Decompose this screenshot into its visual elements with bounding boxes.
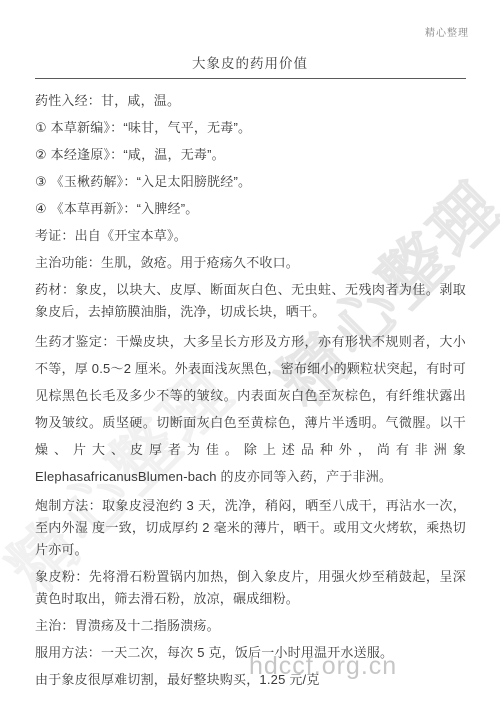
document-page: 精心整理 精心整理 精心整理 大象皮的药用价值 药性入经：甘，咸，温。 ① 本草… <box>0 0 500 707</box>
paragraph-ref-3-yuqiu-yaojie: ③ 《玉楸药解》：“入足太阳膀胱经”。 <box>35 171 466 193</box>
paragraph-indications: 主治：胃溃疡及十二指肠溃疡。 <box>35 615 466 637</box>
paragraph-main-functions: 主治功能：生肌，敛疮。用于疮疡久不收口。 <box>35 252 466 274</box>
paragraph-crude-drug-identification: 生药才鉴定：干燥皮块，大多呈长方形及方形，亦有形状不规则者，大小不等，厚 0.5… <box>35 328 466 490</box>
paragraph-medicinal-meridians: 药性入经：甘，咸，温。 <box>35 90 466 112</box>
paragraph-skin-powder: 象皮粉：先将滑石粉置锅内加热，倒入象皮片，用强火炒至稍鼓起，呈深黄色时取出，筛去… <box>35 566 466 610</box>
paragraph-processing-method: 炮制方法：取象皮浸泡约 3 天，洗净，稍闷，晒至八成干，再沾水一次，至内外湿 度… <box>35 495 466 561</box>
header-note: 精心整理 <box>425 24 469 39</box>
page-title: 大象皮的药用价值 <box>0 52 500 72</box>
paragraph-textual-research: 考证：出自《开宝本草》。 <box>35 225 466 247</box>
title-divider <box>35 78 466 79</box>
paragraph-ref-1-bencao-xinbian: ① 本草新编》：“味甘，气平，无毒”。 <box>35 117 466 139</box>
paragraph-raw-material: 药材：象皮，以块大、皮厚、断面灰白色、无虫蛀、无残肉者为佳。剥取象皮后，去掉筋膜… <box>35 279 466 323</box>
document-body: 药性入经：甘，咸，温。 ① 本草新编》：“味甘，气平，无毒”。 ② 本经逢原》：… <box>35 90 466 696</box>
paragraph-ref-2-benjing-fengyuan: ② 本经逢原》：“咸，温，无毒”。 <box>35 144 466 166</box>
paragraph-ref-4-bencao-zaixin: ④ 《本草再新》：“入脾经”。 <box>35 198 466 220</box>
footer-watermark: hdccf.org.cn <box>249 652 397 681</box>
